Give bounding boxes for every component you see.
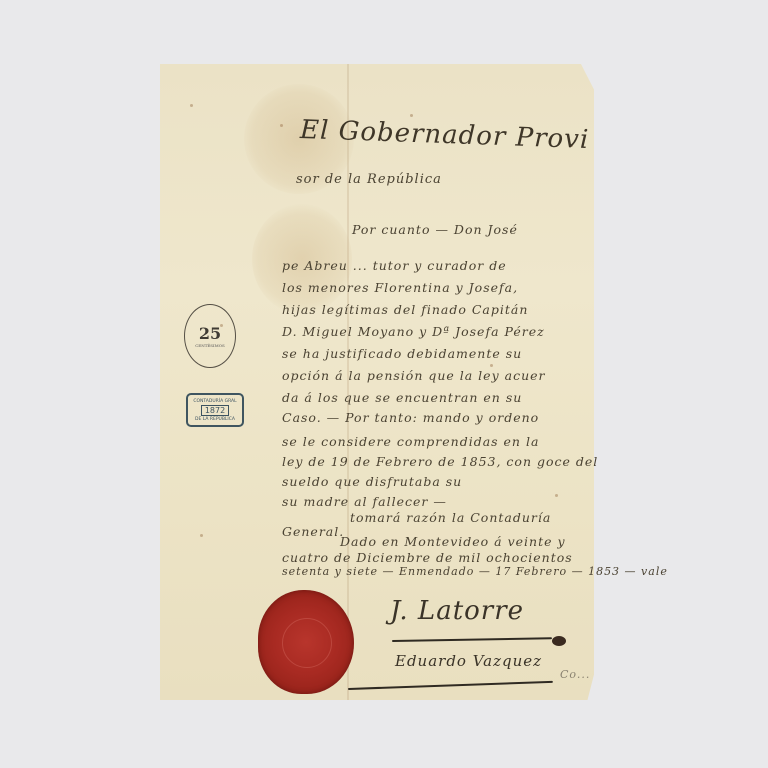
body-line: cuatro de Diciembre de mil ochocientos: [282, 550, 573, 565]
margin-note: Co...: [560, 668, 590, 681]
body-line: tomará razón la Contaduría: [350, 510, 551, 525]
body-line: opción á la pensión que la ley acuer: [282, 368, 546, 383]
body-line: D. Miguel Moyano y Dª Josefa Pérez: [282, 324, 545, 339]
wax-seal: [258, 590, 354, 694]
foxing-spot: [555, 494, 558, 497]
body-line: ley de 19 de Febrero de 1853, con goce d…: [282, 454, 598, 469]
body-line: los menores Florentina y Josefa,: [282, 280, 518, 295]
stamp-value: 25: [199, 324, 221, 343]
body-line: pe Abreu ... tutor y curador de: [282, 258, 507, 273]
body-line: sueldo que disfrutaba su: [282, 474, 462, 489]
foxing-spot: [490, 364, 493, 367]
body-line: Caso. — Por tanto: mando y ordeno: [282, 410, 539, 425]
document-heading-line2: sor de la República: [296, 172, 442, 187]
foxing-spot: [410, 114, 413, 117]
contaduria-stamp: CONTADURÍA GRAL 1872 DE LA REPÚBLICA: [186, 393, 244, 427]
body-line: se ha justificado debidamente su: [282, 346, 522, 361]
stamp-top-text: CONTADURÍA GRAL: [193, 399, 236, 404]
tax-stamp-oval: 25 CENTÉSIMOS: [184, 304, 236, 368]
body-line: Dado en Montevideo á veinte y: [340, 534, 566, 549]
body-line: hijas legítimas del finado Capitán: [282, 302, 528, 317]
body-line: Por cuanto — Don José: [352, 222, 518, 237]
body-line: su madre al fallecer —: [282, 494, 447, 509]
foxing-spot: [200, 534, 203, 537]
signature-latorre: J. Latorre: [390, 596, 524, 626]
stamp-year: 1872: [201, 405, 229, 416]
ink-blot: [552, 636, 566, 646]
foxing-spot: [280, 124, 283, 127]
signature-vazquez: Eduardo Vazquez: [395, 652, 542, 670]
stamp-bottom-text: DE LA REPÚBLICA: [195, 417, 235, 422]
body-line: setenta y siete — Enmendado — 17 Febrero…: [282, 565, 668, 578]
body-line: se le considere comprendidas en la: [282, 434, 539, 449]
body-line: General.: [282, 524, 344, 539]
body-line: da á los que se encuentran en su: [282, 390, 522, 405]
seal-emblem: [282, 618, 332, 668]
foxing-spot: [190, 104, 193, 107]
stamp-caption: CENTÉSIMOS: [195, 343, 225, 348]
